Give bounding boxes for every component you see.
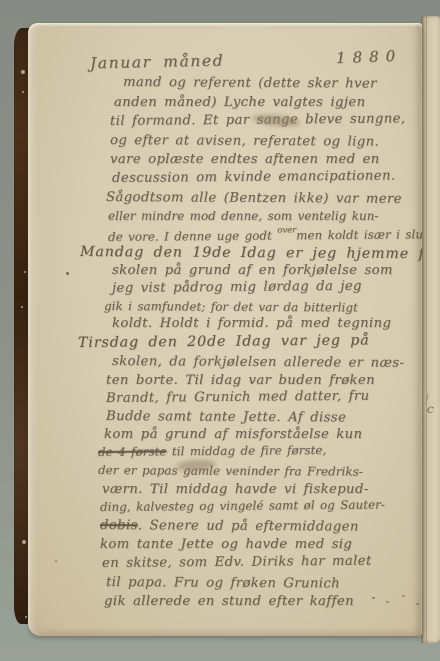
handwritten-line: Mandag den 19de Idag er jeg hjemme fra (80, 244, 422, 262)
line-text: kom på grund af misforståelse kun (104, 427, 362, 442)
handwritten-line: Brandt, fru Grunich med datter, fru (106, 389, 370, 406)
handwritten-line: en skitse, som Edv. Diriks har malet (102, 554, 372, 571)
line-text: en skitse, som Edv. Diriks har malet (102, 554, 372, 571)
entry-month-title: Januar måned (90, 52, 225, 73)
line-text: de vore. I denne uge godt (108, 229, 277, 244)
handwritten-line: kom på grund af misforståelse kun (104, 427, 362, 442)
line-text: gik i samfundet; for det var da bitterli… (104, 299, 358, 315)
handwritten-line: kom tante Jette og havde med sig (100, 537, 352, 552)
line-text: descussion om kvinde emancipationen. (112, 169, 396, 186)
handwritten-line: og efter at avisen, referatet og lign. (110, 133, 379, 150)
journal-page: Januar måned 1880 mand og referent (dett… (28, 23, 422, 636)
handwritten-line: eller mindre mod denne, som ventelig kun… (108, 209, 379, 223)
handwritten-line: de vore. I denne uge godt overmen koldt … (108, 224, 422, 244)
handwritten-line: dobis. Senere ud på eftermiddagen (100, 518, 359, 535)
struck-text: de 4 første (98, 444, 167, 459)
line-text: skolen på grund af en forkjølelse som (112, 263, 393, 278)
handwritten-line: der er papas gamle veninder fra Fredriks… (98, 463, 363, 479)
line-text: kom tante Jette og havde med sig (100, 537, 352, 552)
line-text: jeg vist pådrog mig lørdag da jeg (112, 279, 362, 296)
line-text: og efter at avisen, referatet og lign. (110, 133, 379, 150)
handwritten-line: anden måned) Lyche valgtes igjen (114, 95, 365, 110)
fore-edge-letter: c (427, 402, 435, 416)
line-text: Tirsdag den 20de Idag var jeg på (78, 332, 370, 351)
handwritten-line: Budde samt tante Jette. Af disse (106, 409, 346, 425)
handwritten-line: de 4 første til middag de fire første, (98, 443, 326, 459)
page-stack-fore-edge (421, 16, 440, 643)
handwritten-line: skolen, da forkjølelsen allerede er næs- (112, 354, 404, 371)
line-text: Sågodtsom alle (Bentzen ikke) var mere (106, 190, 402, 207)
line-text: Brandt, fru Grunich med datter, fru (106, 389, 370, 406)
handwritten-line: mand og referent (dette sker hver (123, 75, 377, 92)
handwritten-line: ding, kalvesteg og vingelé samt øl og Sa… (100, 498, 385, 514)
ink-dot (66, 272, 69, 275)
entry-year: 1880 (336, 47, 403, 67)
handwritten-line: gik i samfundet; for det var da bitterli… (104, 299, 358, 315)
handwritten-line: jeg vist pådrog mig lørdag da jeg (112, 279, 362, 296)
handwritten-line: koldt. Holdt i formid. på med tegning (112, 316, 391, 331)
line-text: Budde samt tante Jette. Af disse (106, 409, 346, 425)
line-text: Mandag den 19de Idag er jeg hjemme fra (80, 244, 422, 262)
line-text: ten borte. Til idag var buden frøken (106, 373, 375, 388)
line-text: eller mindre mod denne, som ventelig kun… (108, 209, 379, 223)
ink-speckles (372, 597, 375, 599)
handwritten-line: værn. Til middag havde vi fiskepud- (102, 482, 369, 497)
line-text: til middag de fire første, (166, 443, 326, 458)
line-text: anden måned) Lyche valgtes igjen (114, 95, 365, 110)
struck-text: dobis (100, 518, 138, 533)
handwritten-line: Tirsdag den 20de Idag var jeg på (78, 332, 370, 351)
line-text: koldt. Holdt i formid. på med tegning (112, 316, 391, 331)
handwritten-line: skolen på grund af en forkjølelse som (112, 263, 393, 278)
inserted-word: over (277, 225, 296, 235)
line-text: . Senere ud på eftermiddagen (138, 518, 359, 534)
line-text: der er papas gamle veninder fra Fredriks… (98, 463, 363, 479)
handwritten-line: Sågodtsom alle (Bentzen ikke) var mere (106, 190, 402, 207)
handwritten-line: vare oplæste endtes aftenen med en (110, 152, 380, 167)
handwritten-line: til papa. Fru og frøken Grunich (106, 575, 340, 591)
line-text: gik allerede en stund efter kaffen (104, 594, 354, 609)
line-text: ding, kalvesteg og vingelé samt øl og Sa… (100, 498, 385, 514)
line-text: værn. Til middag havde vi fiskepud- (102, 482, 369, 497)
line-text: mand og referent (dette sker hver (123, 75, 377, 92)
line-text: til papa. Fru og frøken Grunich (106, 575, 340, 591)
handwritten-line: ten borte. Til idag var buden frøken (106, 373, 375, 388)
scan-background: c Januar måned 1880 mand og referent (de… (0, 0, 440, 661)
spine-wear-chips (21, 70, 25, 74)
line-text: skolen, da forkjølelsen allerede er næs- (112, 354, 404, 371)
ink-dot (55, 560, 57, 562)
handwritten-line: gik allerede en stund efter kaffen (104, 594, 354, 609)
line-text: men koldt især i slutn. (296, 227, 422, 242)
line-text: vare oplæste endtes aftenen med en (110, 152, 380, 167)
handwritten-line: descussion om kvinde emancipationen. (112, 169, 396, 186)
